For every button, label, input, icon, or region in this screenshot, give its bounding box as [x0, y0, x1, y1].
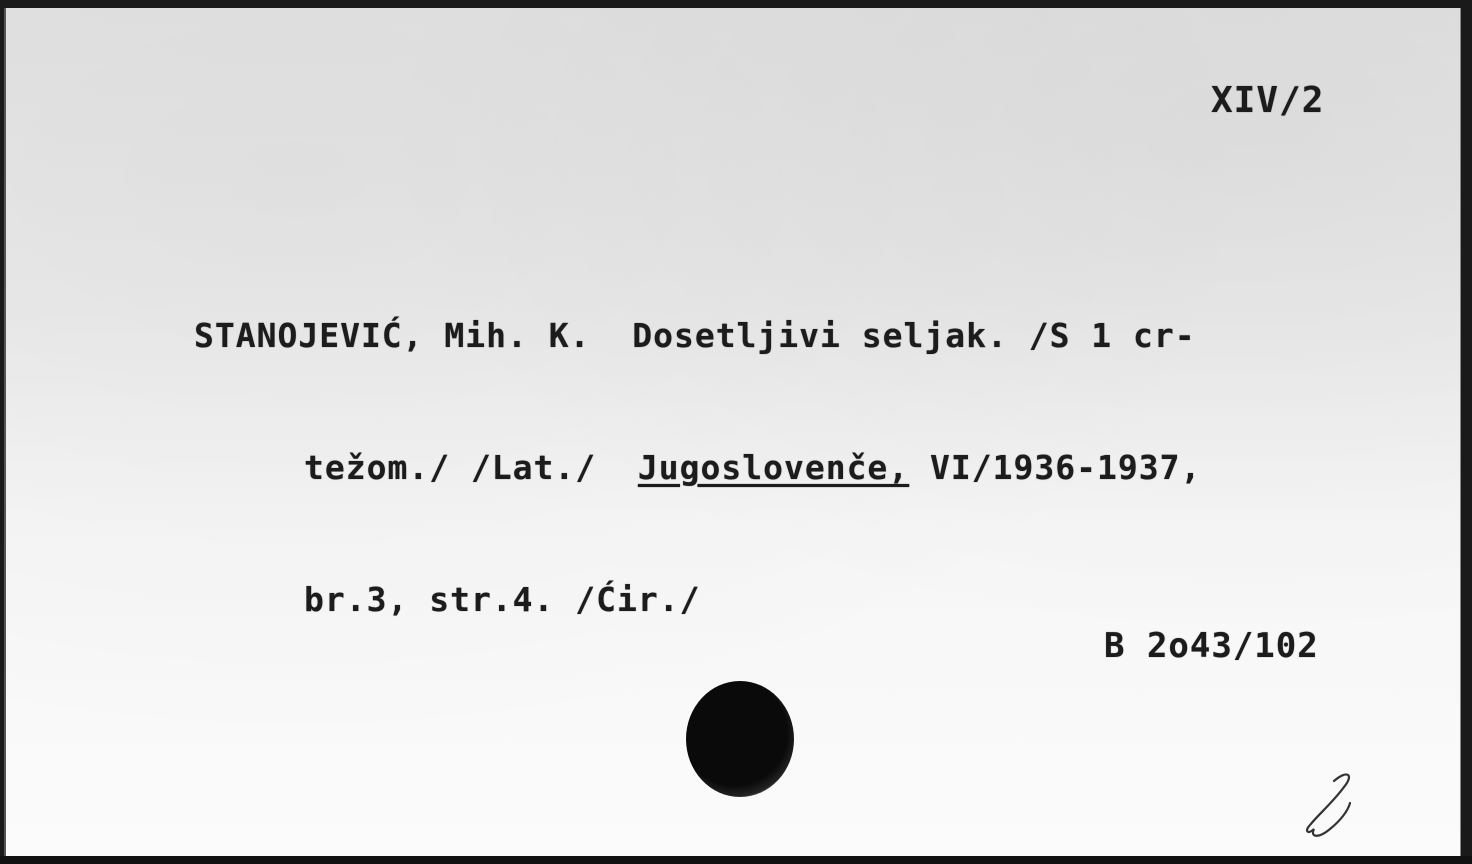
entry-line-2-suffix: VI/1936-1937, — [909, 448, 1201, 487]
entry-line-2: težom./ /Lat./ Jugoslovenče, VI/1936-193… — [194, 446, 1201, 490]
punch-hole — [686, 681, 794, 797]
entry-line-2-prefix: težom./ /Lat./ — [304, 448, 638, 487]
catalog-card: XIV/2 STANOJEVIĆ, Mih. K. Dosetljivi sel… — [4, 8, 1461, 856]
handwritten-mark-icon — [1296, 763, 1366, 843]
entry-line-1: STANOJEVIĆ, Mih. K. Dosetljivi seljak. /… — [194, 314, 1201, 358]
bibliographic-entry: STANOJEVIĆ, Mih. K. Dosetljivi seljak. /… — [194, 226, 1201, 710]
entry-line-3: br.3, str.4. /Ćir./ — [194, 578, 1201, 622]
card-bottom-edge — [0, 856, 1472, 864]
classification-code: XIV/2 — [1211, 80, 1324, 121]
call-number: B 2o43/102 — [1104, 626, 1319, 666]
periodical-title: Jugoslovenče, — [638, 448, 909, 487]
